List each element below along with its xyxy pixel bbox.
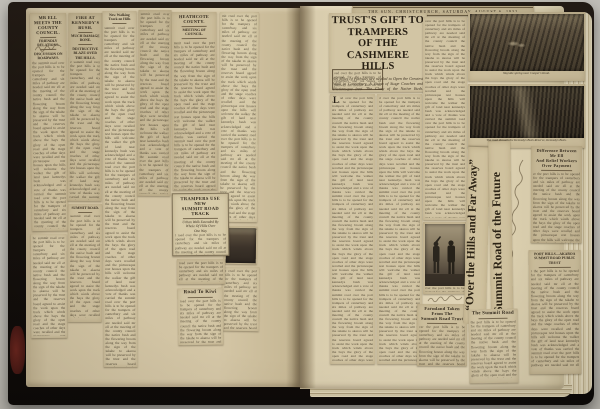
article-body-text: mit road over the port hills is to be op… [220,14,257,220]
article-body-text: ummit road over the port hills is to be … [139,12,169,194]
clipping-two-men-photo: over the port hills is to be opened for … [423,222,466,294]
gorge-photo [470,14,584,71]
article-body-text: summit road over the port hills is to be… [104,26,135,367]
clipping-text-snippet: road over the port hills is to be opened… [177,259,225,284]
headline: Farmland Taken From The [419,306,465,316]
article-body-text: ad over the port hills is to be opened f… [332,96,373,362]
divider [78,44,92,45]
clipping-mr-ell-county-council: MR ELL MEETS THE COUNTY COUNCIL. FRIENDL… [30,13,68,231]
article-body-text: road over the port hills is to be opened… [180,299,222,344]
clipping-text-column: ummit road over the port hills is to be … [137,10,171,196]
headline: BUSH. [70,25,100,30]
article-body-text: mmit road over the port hills is to be o… [174,41,216,190]
divider [541,169,572,170]
divider [479,317,508,319]
divider [40,36,56,37]
headline: TRAMPERS USE NEW [175,196,226,206]
article-body-text: he summit road over the port hills is to… [33,236,66,336]
clipping-difference-mr-ell: Difference Between Mr Ell And Relief Wor… [531,146,583,243]
clipping-continuation-column: he summit road over the port hills is to… [31,234,68,338]
clipping-summit-road: SUMMIT ROAD. summit road over the port h… [68,204,102,322]
subheadline: DESTRUCTIVE BLAZE OVER THE HILLS. [70,47,100,60]
photo-caption: The road through the Kennedys Bush Reser… [470,138,584,142]
scrapbook-photo: MR ELL MEETS THE COUNTY COUNCIL. FRIENDL… [0,0,600,409]
clipping-farmland-taken: Farmland Taken From The Summit Road Trus… [417,304,467,366]
divider [539,267,571,268]
clipping-photo-kennedys-bush: The road through the Kennedys Bush Reser… [468,84,585,148]
article-body-text: d over the port hills is to be opened fo… [379,96,420,362]
divider [182,25,207,26]
headline: SUMMIT ROAD TRACK [175,206,226,216]
main-headline: OF THE CASHMERE HILLS [331,38,425,73]
photo-caption: Wayside spring near Cooper's Knob. [470,71,584,75]
article-column-3: over the port hills is to be opened for … [423,17,467,220]
headline: Summit Road Trust [419,316,465,321]
vertical-headline-over-the-hills: “Over the Hills and Far Away” [464,147,491,325]
divider [78,212,92,213]
divider [182,38,207,39]
article-body-text: it road over the port hills is to be ope… [224,269,258,329]
article-body-text: over the port hills is to be opened for … [425,19,465,218]
headline: The Summit Road [470,311,515,317]
main-headline: TRUST'S GIFT TO TRAMPERS [331,15,425,38]
handwritten-margin-note [512,158,528,273]
headline: Road To Kiwi [180,290,221,296]
book-gutter-shadow [286,6,316,388]
clipping-new-walking-track: New Walking Track on Hills summit road o… [102,11,137,367]
handwritten-date [427,295,463,304]
clipping-trampers-track: TRAMPERS USE NEW SUMMIT ROAD TRACK Urban… [172,193,230,256]
article-body-text: ver the port hills is to be opened for t… [419,325,465,366]
headline: New Walking Track on Hills [104,13,134,22]
clipping-photo-coopers-knob: Wayside spring near Cooper's Knob. [468,12,585,81]
article-body-text: the port hills is to be opened for the t… [471,320,517,379]
article-column-1: L ad over the port hills is to be opened… [330,94,375,364]
note-text: oad over the port hills is to be opened … [334,71,381,88]
handwritten-annotation [34,43,62,53]
figures-silhouette [425,224,465,286]
clipping-the-summit-road: The Summit Road the port hills is to be … [468,309,518,384]
divider [188,296,213,297]
book-spine-red-accent [10,326,25,374]
article-body-text: road over the port hills is to be opened… [179,261,223,282]
clipping-road-to-kiwi: Road To Kiwi road over the port hills is… [178,288,224,346]
article-body-text: the summit road over the port hills is t… [32,60,66,228]
hillside-photo [225,227,256,263]
clipping-text-column: it road over the port hills is to be ope… [222,267,260,331]
drop-cap: L [333,96,339,105]
headline: Over Payment [533,163,580,168]
subheadline: SUMMIT ROAD. [70,206,100,211]
divider [183,217,218,218]
editor-note-box: oad over the port hills is to be opened … [332,69,383,90]
photo-caption-line: over the port hills is to be opened for … [425,286,465,292]
subheadline: MUCH DAMAGE DONE. [70,34,100,43]
headline: COUNTY COUNCIL. [32,25,64,35]
headline: TRUST [531,261,579,266]
article-body-text: e summit road over the port hills is to … [70,60,101,200]
headline: HEATHCOTE COUNTY. [174,14,215,24]
headline: MR ELL MEETS THE [32,15,64,25]
article-body-text: er the port hills is to be opened for th… [533,172,580,243]
clipping-fire-kennedys-bush: FIRE AT KENNEDY'S BUSH. MUCH DAMAGE DONE… [68,13,103,201]
subheadline: MEETING OF COUNCIL. [174,28,215,37]
clipping-heathcote-county: HEATHCOTE COUNTY. MEETING OF COUNCIL. mm… [172,12,218,190]
article-column-2: d over the port hills is to be opened fo… [377,94,422,364]
article-body-text: t road over the port hills is to be open… [175,233,226,255]
clipping-port-hills-trust: PORT HILLS—AKAROA SUMMIT ROAD PUBLIC TRU… [529,250,582,374]
clipping-main-headline: TRUST'S GIFT TO TRAMPERS OF THE CASHMERE… [329,13,427,92]
clipping-text-column: mit road over the port hills is to be op… [218,12,259,222]
headline: Difference Between Mr Ell [533,148,580,158]
two-men-on-track-photo [425,224,465,286]
divider [78,31,92,32]
divider [112,23,126,24]
headline: FIRE AT KENNEDY'S [70,15,100,25]
bush-road-photo [470,86,584,138]
article-body-text: r the port hills is to be opened for the… [531,269,580,367]
divider [427,322,457,323]
article-body-text: summit road over the port hills is to be… [70,214,100,318]
